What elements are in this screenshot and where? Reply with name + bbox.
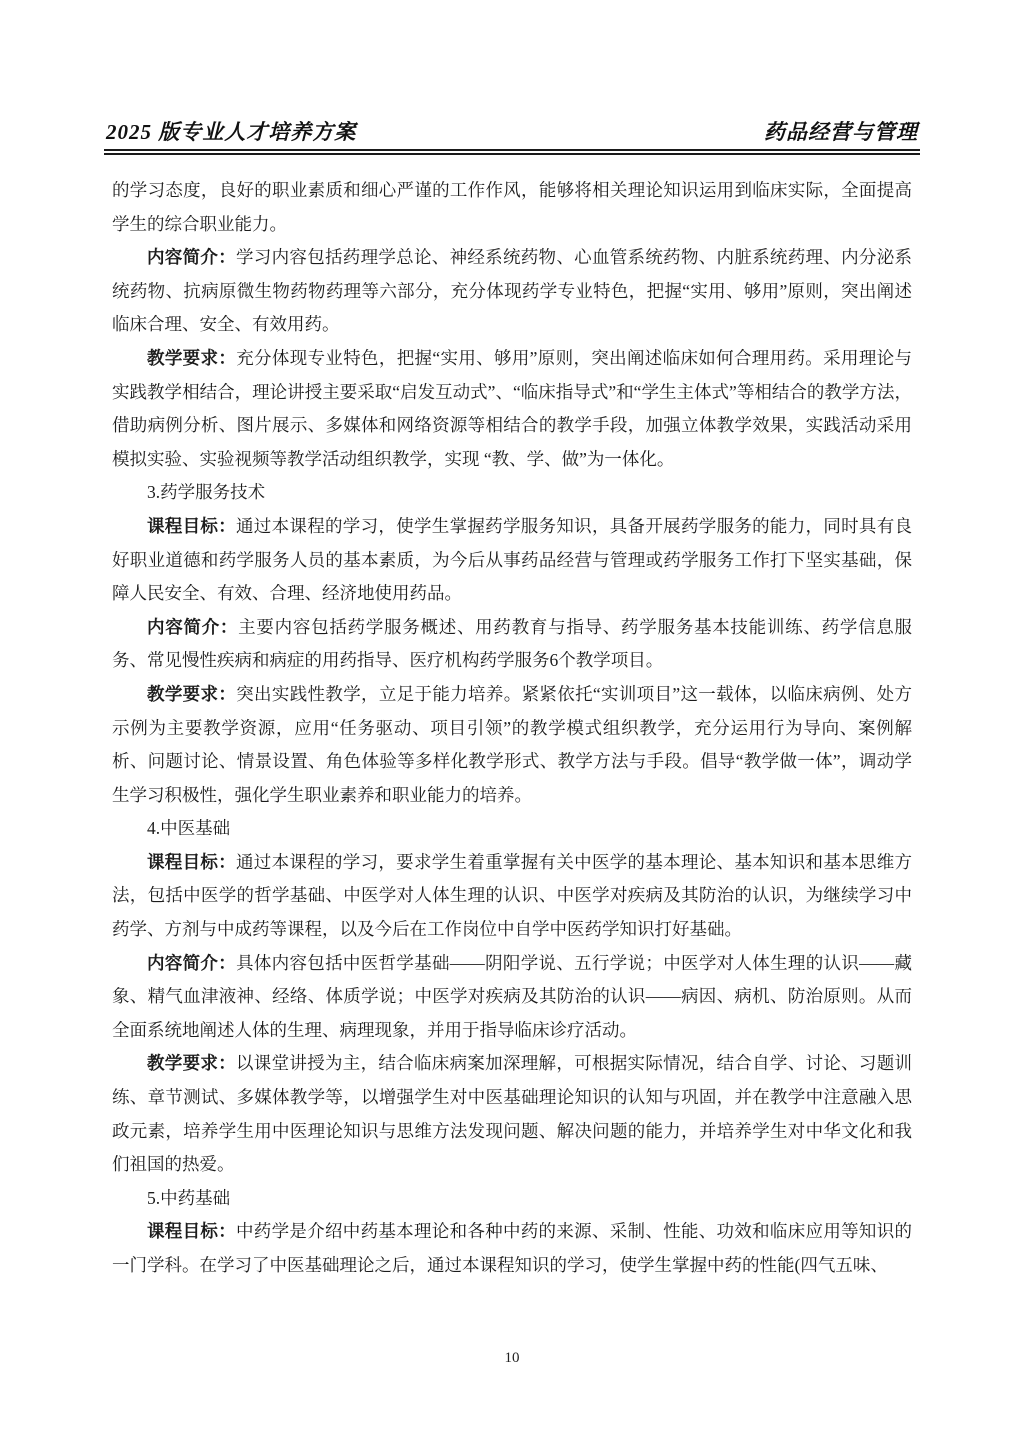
paragraph-lead: 教学要求： — [147, 348, 236, 368]
paragraph-lead: 课程目标： — [147, 852, 236, 872]
document-page: 2025 版专业人才培养方案 药品经营与管理 的学习态度，良好的职业素质和细心严… — [0, 0, 1024, 1448]
paragraph: 课程目标：通过本课程的学习，要求学生着重掌握有关中医学的基本理论、基本知识和基本… — [112, 846, 912, 947]
page-footer: 10 — [0, 1350, 1024, 1367]
document-body: 的学习态度，良好的职业素质和细心严谨的工作作风，能够将相关理论知识运用到临床实际… — [112, 174, 912, 1283]
paragraph-lead: 内容简介： — [147, 617, 238, 637]
section-heading: 4.中医基础 — [112, 812, 912, 846]
paragraph-lead: 课程目标： — [147, 1221, 236, 1241]
section-heading-text: 4.中医基础 — [147, 818, 230, 838]
paragraph: 内容简介：学习内容包括药理学总论、神经系统药物、心血管系统药物、内脏系统药理、内… — [112, 241, 912, 342]
paragraph-lead: 教学要求： — [147, 1053, 236, 1073]
header-double-rule — [104, 149, 920, 155]
section-heading: 3.药学服务技术 — [112, 476, 912, 510]
paragraph: 内容简介：主要内容包括药学服务概述、用药教育与指导、药学服务基本技能训练、药学信… — [112, 611, 912, 678]
paragraph: 教学要求：充分体现专业特色，把握“实用、够用”原则，突出阐述临床如何合理用药。采… — [112, 342, 912, 476]
paragraph: 的学习态度，良好的职业素质和细心严谨的工作作风，能够将相关理论知识运用到临床实际… — [112, 174, 912, 241]
page-number: 10 — [505, 1350, 520, 1366]
paragraph-text: 的学习态度，良好的职业素质和细心严谨的工作作风，能够将相关理论知识运用到临床实际… — [112, 180, 912, 234]
section-heading-text: 5.中药基础 — [147, 1188, 230, 1208]
section-heading-text: 3.药学服务技术 — [147, 482, 265, 502]
paragraph: 课程目标：中药学是介绍中药基本理论和各种中药的来源、采制、性能、功效和临床应用等… — [112, 1215, 912, 1282]
paragraph-lead: 教学要求： — [147, 684, 236, 704]
header-right-title: 药品经营与管理 — [764, 116, 918, 146]
paragraph: 教学要求：以课堂讲授为主，结合临床病案加深理解，可根据实际情况，结合自学、讨论、… — [112, 1047, 912, 1181]
paragraph: 教学要求：突出实践性教学，立足于能力培养。紧紧依托“实训项目”这一载体，以临床病… — [112, 678, 912, 812]
paragraph-lead: 内容简介： — [147, 247, 236, 267]
paragraph-lead: 内容简介： — [147, 953, 236, 973]
paragraph: 课程目标：通过本课程的学习，使学生掌握药学服务知识，具备开展药学服务的能力，同时… — [112, 510, 912, 611]
paragraph-lead: 课程目标： — [147, 516, 236, 536]
page-header: 2025 版专业人才培养方案 药品经营与管理 — [106, 116, 918, 146]
section-heading: 5.中药基础 — [112, 1182, 912, 1216]
paragraph: 内容简介：具体内容包括中医哲学基础——阴阳学说、五行学说；中医学对人体生理的认识… — [112, 947, 912, 1048]
header-left-title: 2025 版专业人才培养方案 — [106, 116, 356, 146]
